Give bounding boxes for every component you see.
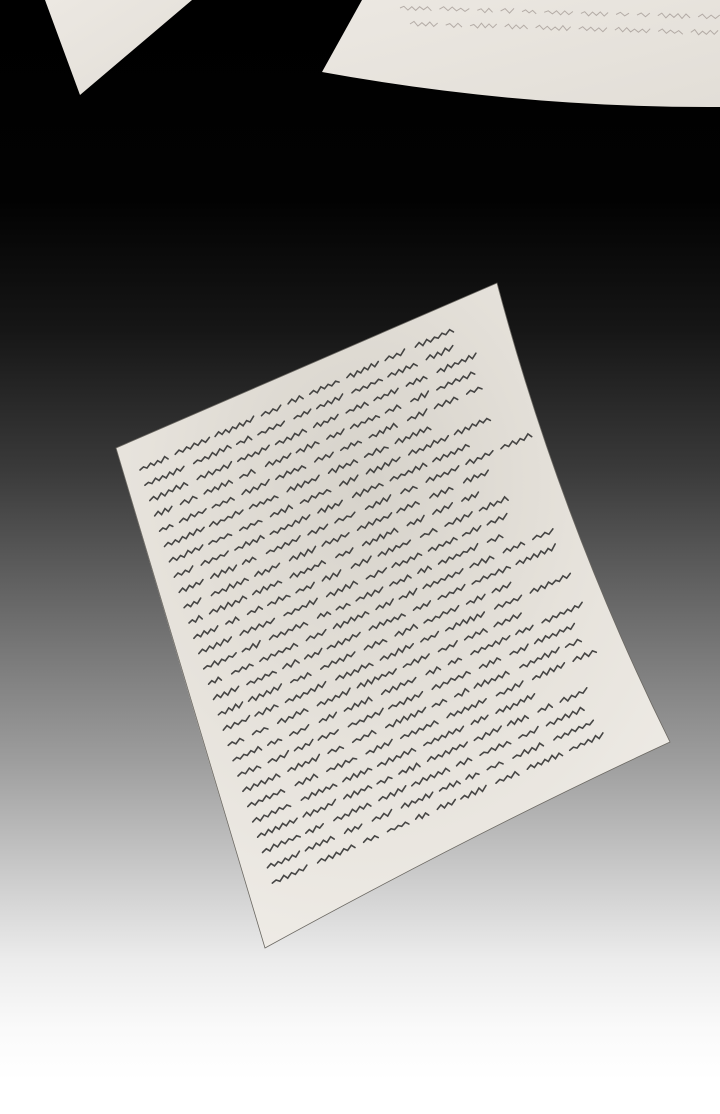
comic-panel xyxy=(0,0,720,1114)
top-left-sheet xyxy=(45,0,192,95)
top-right-sheet xyxy=(322,0,720,107)
letters-illustration xyxy=(0,0,720,1114)
main-sheet xyxy=(116,283,670,948)
